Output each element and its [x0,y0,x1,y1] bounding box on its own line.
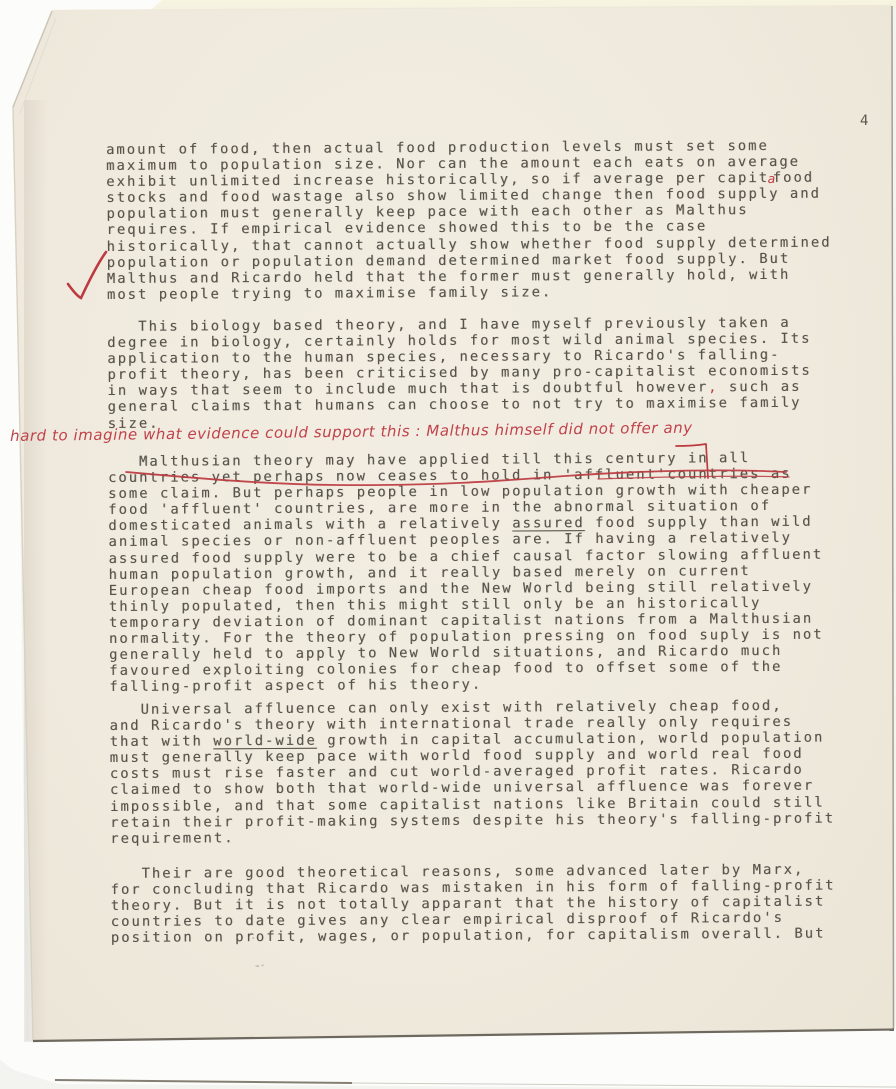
text-segment: position on profit, wages, or population… [111,926,826,946]
typed-line: falling-profit aspect of his theory. [109,675,824,695]
text-segment: that with [110,734,214,751]
text-segment: food supply than wild [585,514,813,531]
paragraph-5: Their are good theoretical reasons, some… [110,862,835,947]
annotated-text-segment: assured [512,515,585,531]
annotated-text-segment: , [708,380,718,396]
paragraph-3: Malthusian theory may have applied till … [108,450,824,696]
typed-text: amount of food, then actual food product… [0,0,896,1089]
text-segment: such as [719,379,802,396]
paragraph-1: amount of food, then actual food product… [106,138,832,303]
text-segment: most people trying to maximise family si… [107,284,552,303]
scanned-document: 4 amount of food, then actual food produ… [0,0,896,1089]
typed-line: position on profit, wages, or population… [111,926,836,947]
text-segment: food [773,170,815,186]
annotated-text-segment: a [767,171,775,186]
paragraph-2: This biology based theory, and I have my… [107,315,812,432]
typed-line: most people trying to maximise family si… [107,282,832,303]
text-segment: requirement. [110,830,234,847]
annotated-text-segment: world-wide [213,733,317,750]
paragraph-4: Universal affluence can only exist with … [109,698,835,847]
typed-line: requirement. [110,826,835,847]
text-segment: falling-profit aspect of his theory. [109,677,482,695]
